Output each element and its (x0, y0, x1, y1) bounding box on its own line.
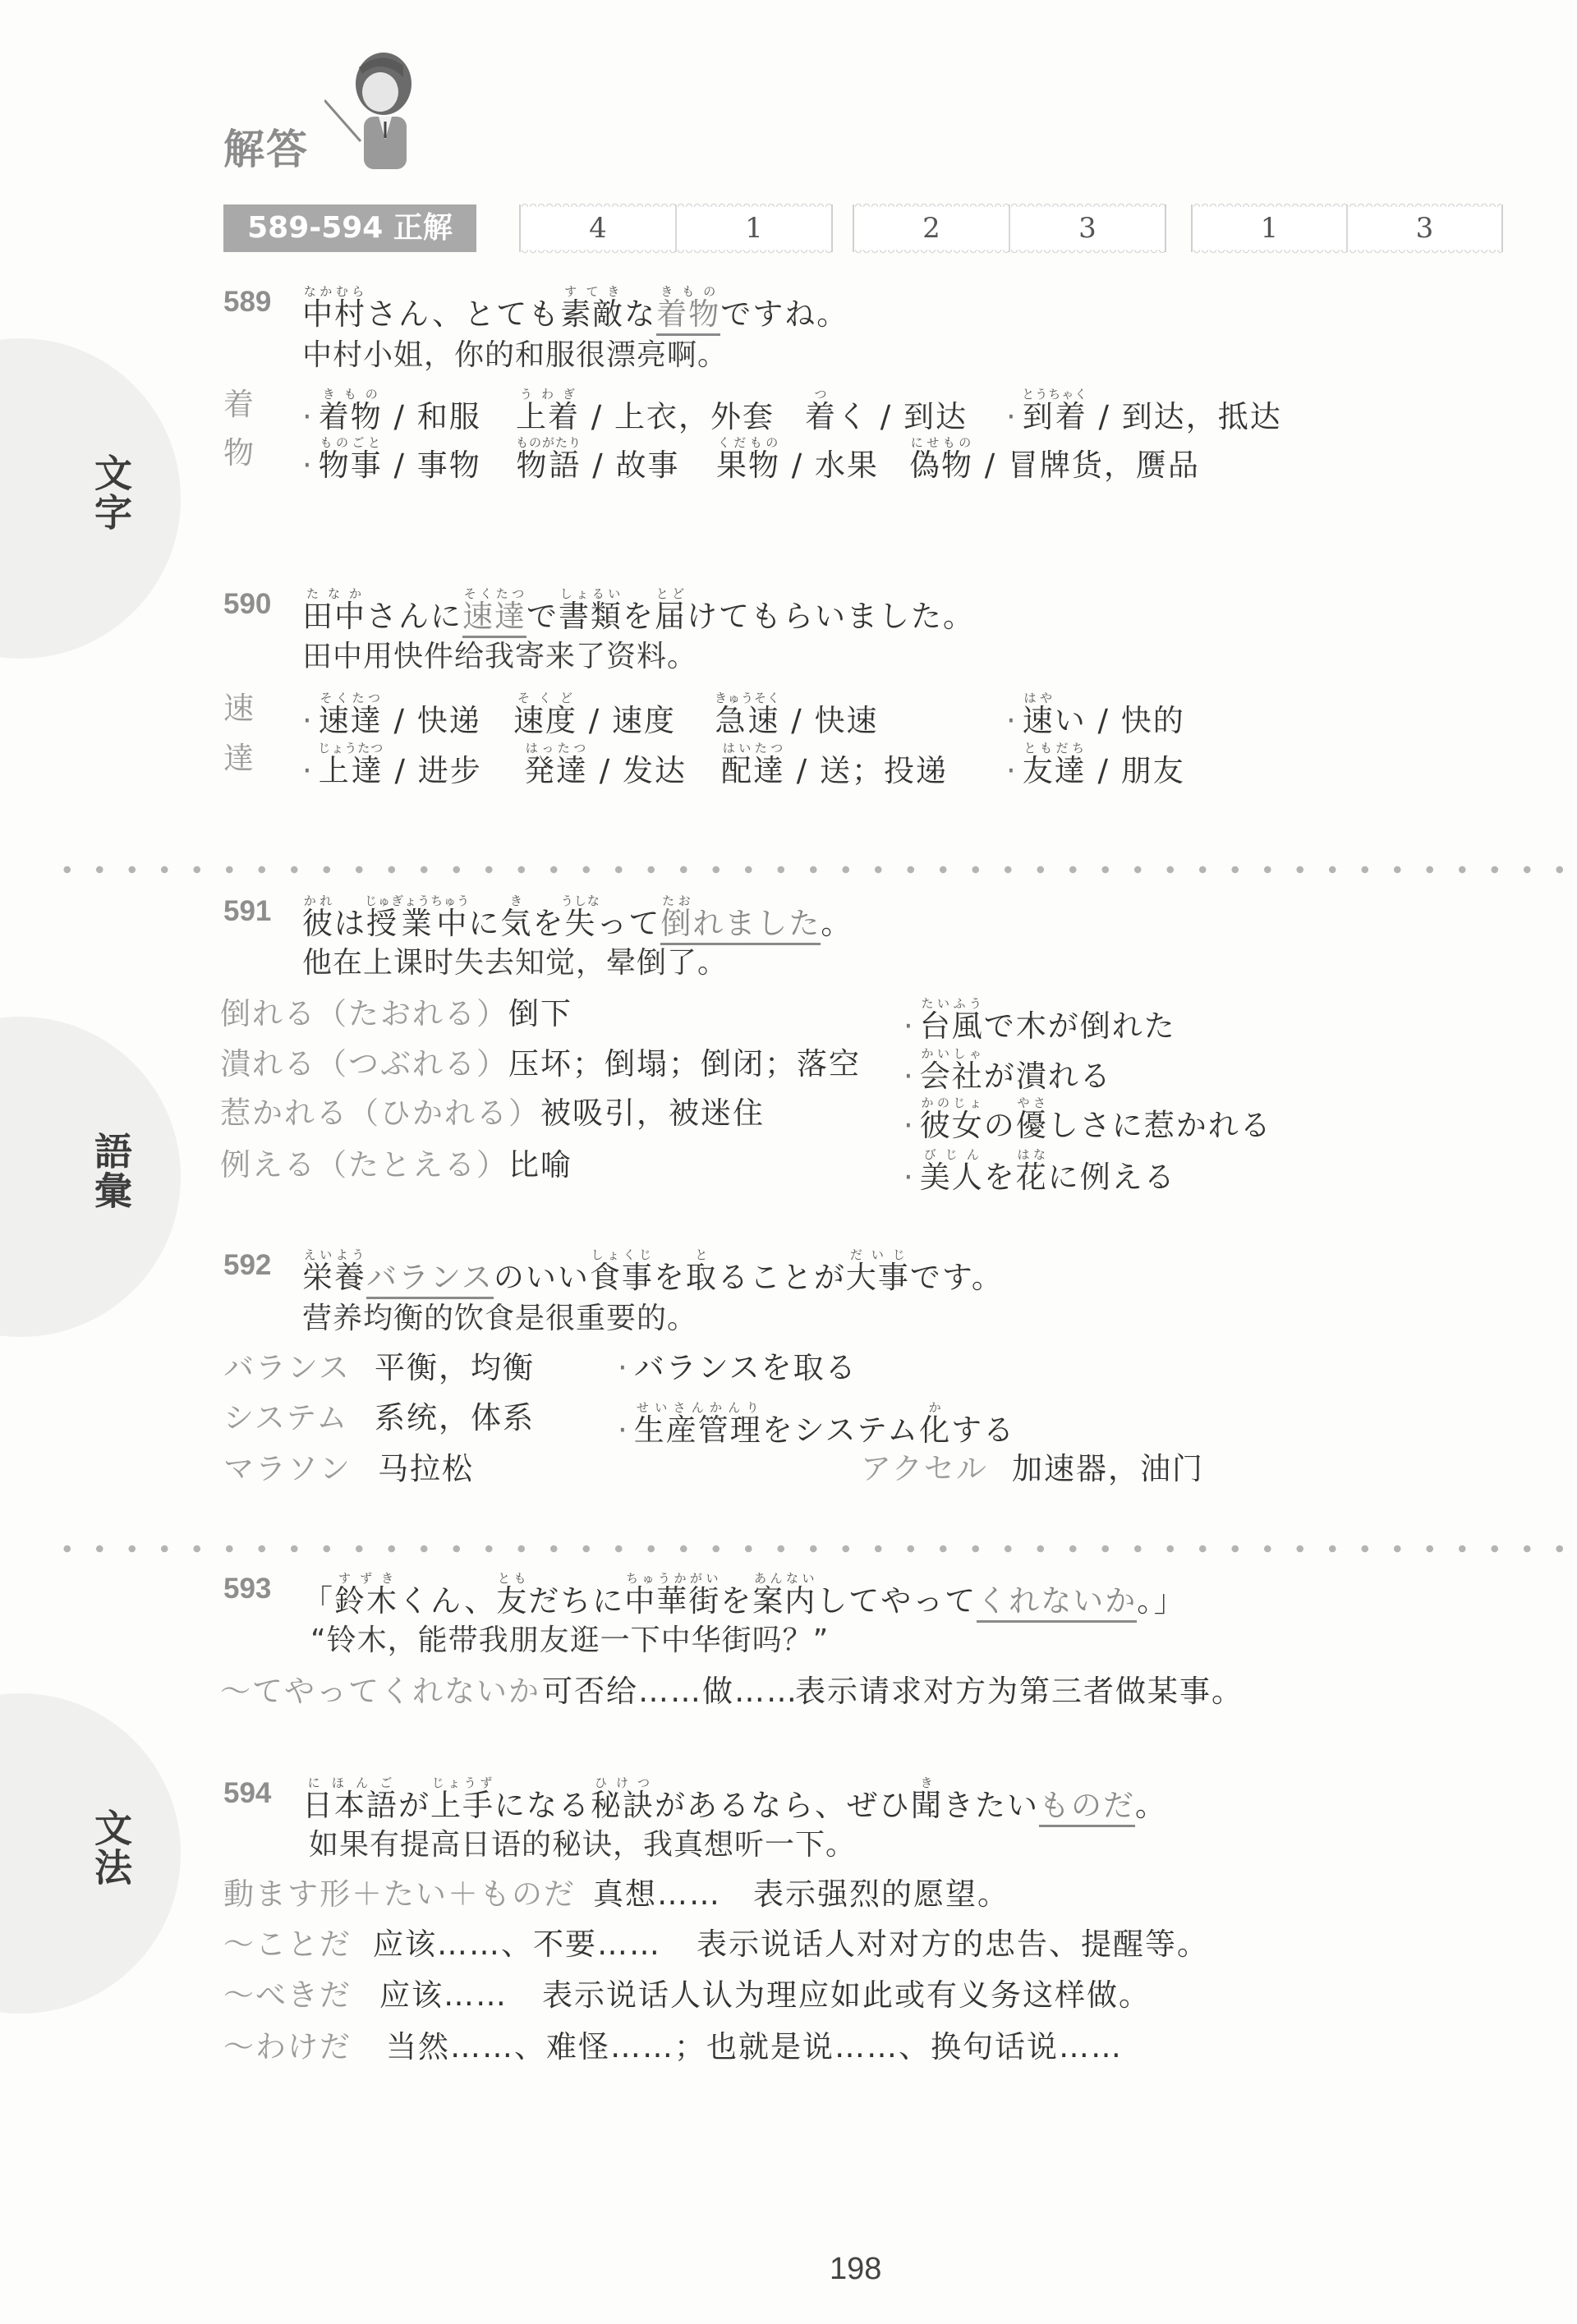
answer-594: 3 (1346, 204, 1501, 252)
vocab-item: ·到着とうちゃく / 到达，抵达 (1006, 387, 1282, 435)
example-sentence: ·バランスを取る (618, 1350, 857, 1386)
vocab-item: 上着うわぎ / 上衣，外套 (516, 387, 775, 435)
vocab-item: ·上達じょうたつ / 进步 (302, 741, 482, 789)
question-592-sentence: 栄養えいようバランスのいい食事しょくじを取とることが大事だいじです。 (302, 1247, 1004, 1296)
example-sentence: ·美人びじんを花はなに例える (903, 1147, 1176, 1196)
vocab-item: 物語ものがたり / 故事 (516, 435, 680, 484)
answer-590: 1 (675, 204, 831, 252)
vocab-label: 物 (223, 435, 255, 471)
vocab-item: 速度そくど / 速度 (513, 691, 676, 739)
question-591-sentence: 彼かれは授業中じゅぎょうちゅうに気きを失うしなって倒たおれました。 (302, 893, 853, 942)
vocab-row: 倒れる（たおれる）倒下 (220, 996, 572, 1032)
question-number-589: 589 (223, 286, 271, 319)
vocab-item: ·友達ともだち / 朋友 (1006, 741, 1185, 789)
side-tab-label-goi: 語彙 (82, 1132, 131, 1210)
grammar-meaning: 可否给……做…… (542, 1674, 798, 1710)
vocab-item: 配達はいたつ / 送；投递 (721, 741, 948, 789)
vocab-meaning: 平衡，均衡 (375, 1350, 535, 1386)
grammar-note: 表示强烈的愿望。 (753, 1876, 1009, 1913)
question-number-591: 591 (223, 895, 271, 928)
grammar-meaning: 应该…… (379, 1977, 508, 2014)
grammar-note: 表示请求对方为第三者做某事。 (795, 1674, 1244, 1710)
answer-group-3: 1 3 (1191, 204, 1503, 252)
vocab-meaning: 压坏；倒塌；倒闭；落空 (508, 1046, 861, 1082)
vocab-label: 潰れる（つぶれる） (220, 1046, 508, 1082)
question-590-translation: 田中用快件给我寄来了资料。 (302, 639, 697, 675)
vocab-item: ·速はやい / 快的 (1006, 691, 1185, 739)
answer-group-2: 2 3 (853, 204, 1166, 252)
page-number: 198 (830, 2252, 881, 2287)
grammar-note: 表示说话人对对方的忠告、提醒等。 (697, 1927, 1209, 1963)
answer-range-label: 589-594 正解 (223, 204, 476, 252)
grammar-label: ～べきだ (223, 1977, 352, 2014)
vocab-meaning: 系统，体系 (375, 1400, 535, 1436)
vocab-item: 発達はったつ / 发达 (524, 741, 687, 789)
answer-591: 2 (854, 204, 1009, 252)
vocab-meaning: 倒下 (508, 996, 572, 1031)
grammar-label: ～わけだ (223, 2029, 352, 2065)
question-589-sentence: 中村なかむらさん、とても素敵すてきな着物きものですね。 (302, 284, 848, 333)
question-593-translation: “铃木，能带我朋友逛一下中华街吗？” (310, 1623, 829, 1659)
grammar-meaning: 应该……、不要…… (373, 1927, 661, 1963)
question-592-translation: 营养均衡的饮食是很重要的。 (302, 1301, 697, 1337)
question-589-translation: 中村小姐，你的和服很漂亮啊。 (302, 338, 728, 374)
grammar-label: 動ます形＋たい＋ものだ (223, 1876, 576, 1913)
answer-589: 4 (521, 204, 675, 252)
example-sentence: ·会社かいしゃが潰れる (903, 1046, 1112, 1095)
grammar-meaning: 真想…… (593, 1876, 721, 1913)
grammar-note: 表示说话人认为理应如此或有义务这样做。 (542, 1977, 1151, 2014)
vocab-item: ·着物きもの / 和服 (302, 387, 481, 435)
question-591-translation: 他在上课时失去知觉，晕倒了。 (302, 945, 728, 981)
question-593-sentence: 「鈴木すずきくん、友ともだちに中華街ちゅうかがいを案内あんないしてやってくれない… (302, 1571, 1186, 1619)
vocab-item: 急速きゅうそく / 快速 (715, 691, 879, 739)
question-number-593: 593 (223, 1573, 271, 1605)
question-594-translation: 如果有提高日语的秘诀，我真想听一下。 (309, 1827, 856, 1863)
vocab-label: システム (223, 1400, 348, 1436)
teacher-mascot-icon (324, 49, 423, 172)
vocab-label: アクセル (861, 1451, 988, 1487)
vocab-label: 倒れる（たおれる） (220, 996, 508, 1031)
question-number-590: 590 (223, 588, 271, 621)
page-title: 解答 (223, 117, 309, 176)
answer-593: 1 (1193, 204, 1346, 252)
example-sentence: ·彼女かのじょの優やさしさに惹かれる (903, 1095, 1272, 1144)
vocab-label: バランス (223, 1350, 351, 1386)
side-tab-label-bunpo: 文法 (82, 1808, 131, 1887)
grammar-label: ～てやってくれないか (220, 1674, 540, 1710)
vocab-meaning: 被吸引，被迷住 (540, 1095, 765, 1131)
answer-592: 3 (1009, 204, 1165, 252)
vocab-item: 着つく / 到达 (805, 387, 968, 435)
vocab-item: ·速達そくたつ / 快递 (302, 691, 481, 739)
grammar-meaning: 当然……、难怪……；也就是说……、换句话说…… (386, 2029, 1123, 2065)
vocab-item: 果物くだもの / 水果 (716, 435, 879, 484)
vocab-label: 惹かれる（ひかれる） (220, 1095, 540, 1131)
question-590-sentence: 田中たなかさんに速達そくたつで書類しょるいを届とどけてもらいました。 (302, 586, 975, 635)
question-number-592: 592 (223, 1249, 271, 1282)
vocab-item: 偽物にせもの / 冒牌货，赝品 (909, 435, 1200, 484)
vocab-meaning: 马拉松 (378, 1451, 474, 1487)
vocab-label: マラソン (223, 1451, 352, 1487)
vocab-label: 例える（たとえる） (220, 1147, 508, 1183)
vocab-row: 例える（たとえる）比喻 (220, 1147, 572, 1183)
section-divider (51, 866, 1577, 874)
vocab-meaning: 比喻 (508, 1147, 572, 1183)
example-sentence: ·台風たいふうで木が倒れた (903, 996, 1176, 1045)
grammar-label: ～ことだ (223, 1927, 352, 1963)
section-divider (51, 1545, 1577, 1553)
vocab-row: 潰れる（つぶれる）压坏；倒塌；倒闭；落空 (220, 1046, 861, 1082)
question-594-sentence: 日本語にほんごが上手じょうずになる秘訣ひけつがあるなら、ぜひ聞ききたいものだ。 (302, 1775, 1167, 1824)
example-sentence: ·生産管理せいさんかんりをシステム化かする (618, 1400, 1015, 1449)
vocab-label: 達 (223, 741, 255, 777)
vocab-label: 速 (223, 691, 255, 727)
vocab-item: ·物事ものごと / 事物 (302, 435, 481, 484)
vocab-label: 着 (223, 387, 255, 423)
question-number-594: 594 (223, 1777, 271, 1810)
answer-group-1: 4 1 (519, 204, 833, 252)
vocab-row: 惹かれる（ひかれる）被吸引，被迷住 (220, 1095, 765, 1132)
side-tab-label-moji: 文字 (82, 453, 131, 532)
vocab-meaning: 加速器，油门 (1012, 1451, 1204, 1487)
